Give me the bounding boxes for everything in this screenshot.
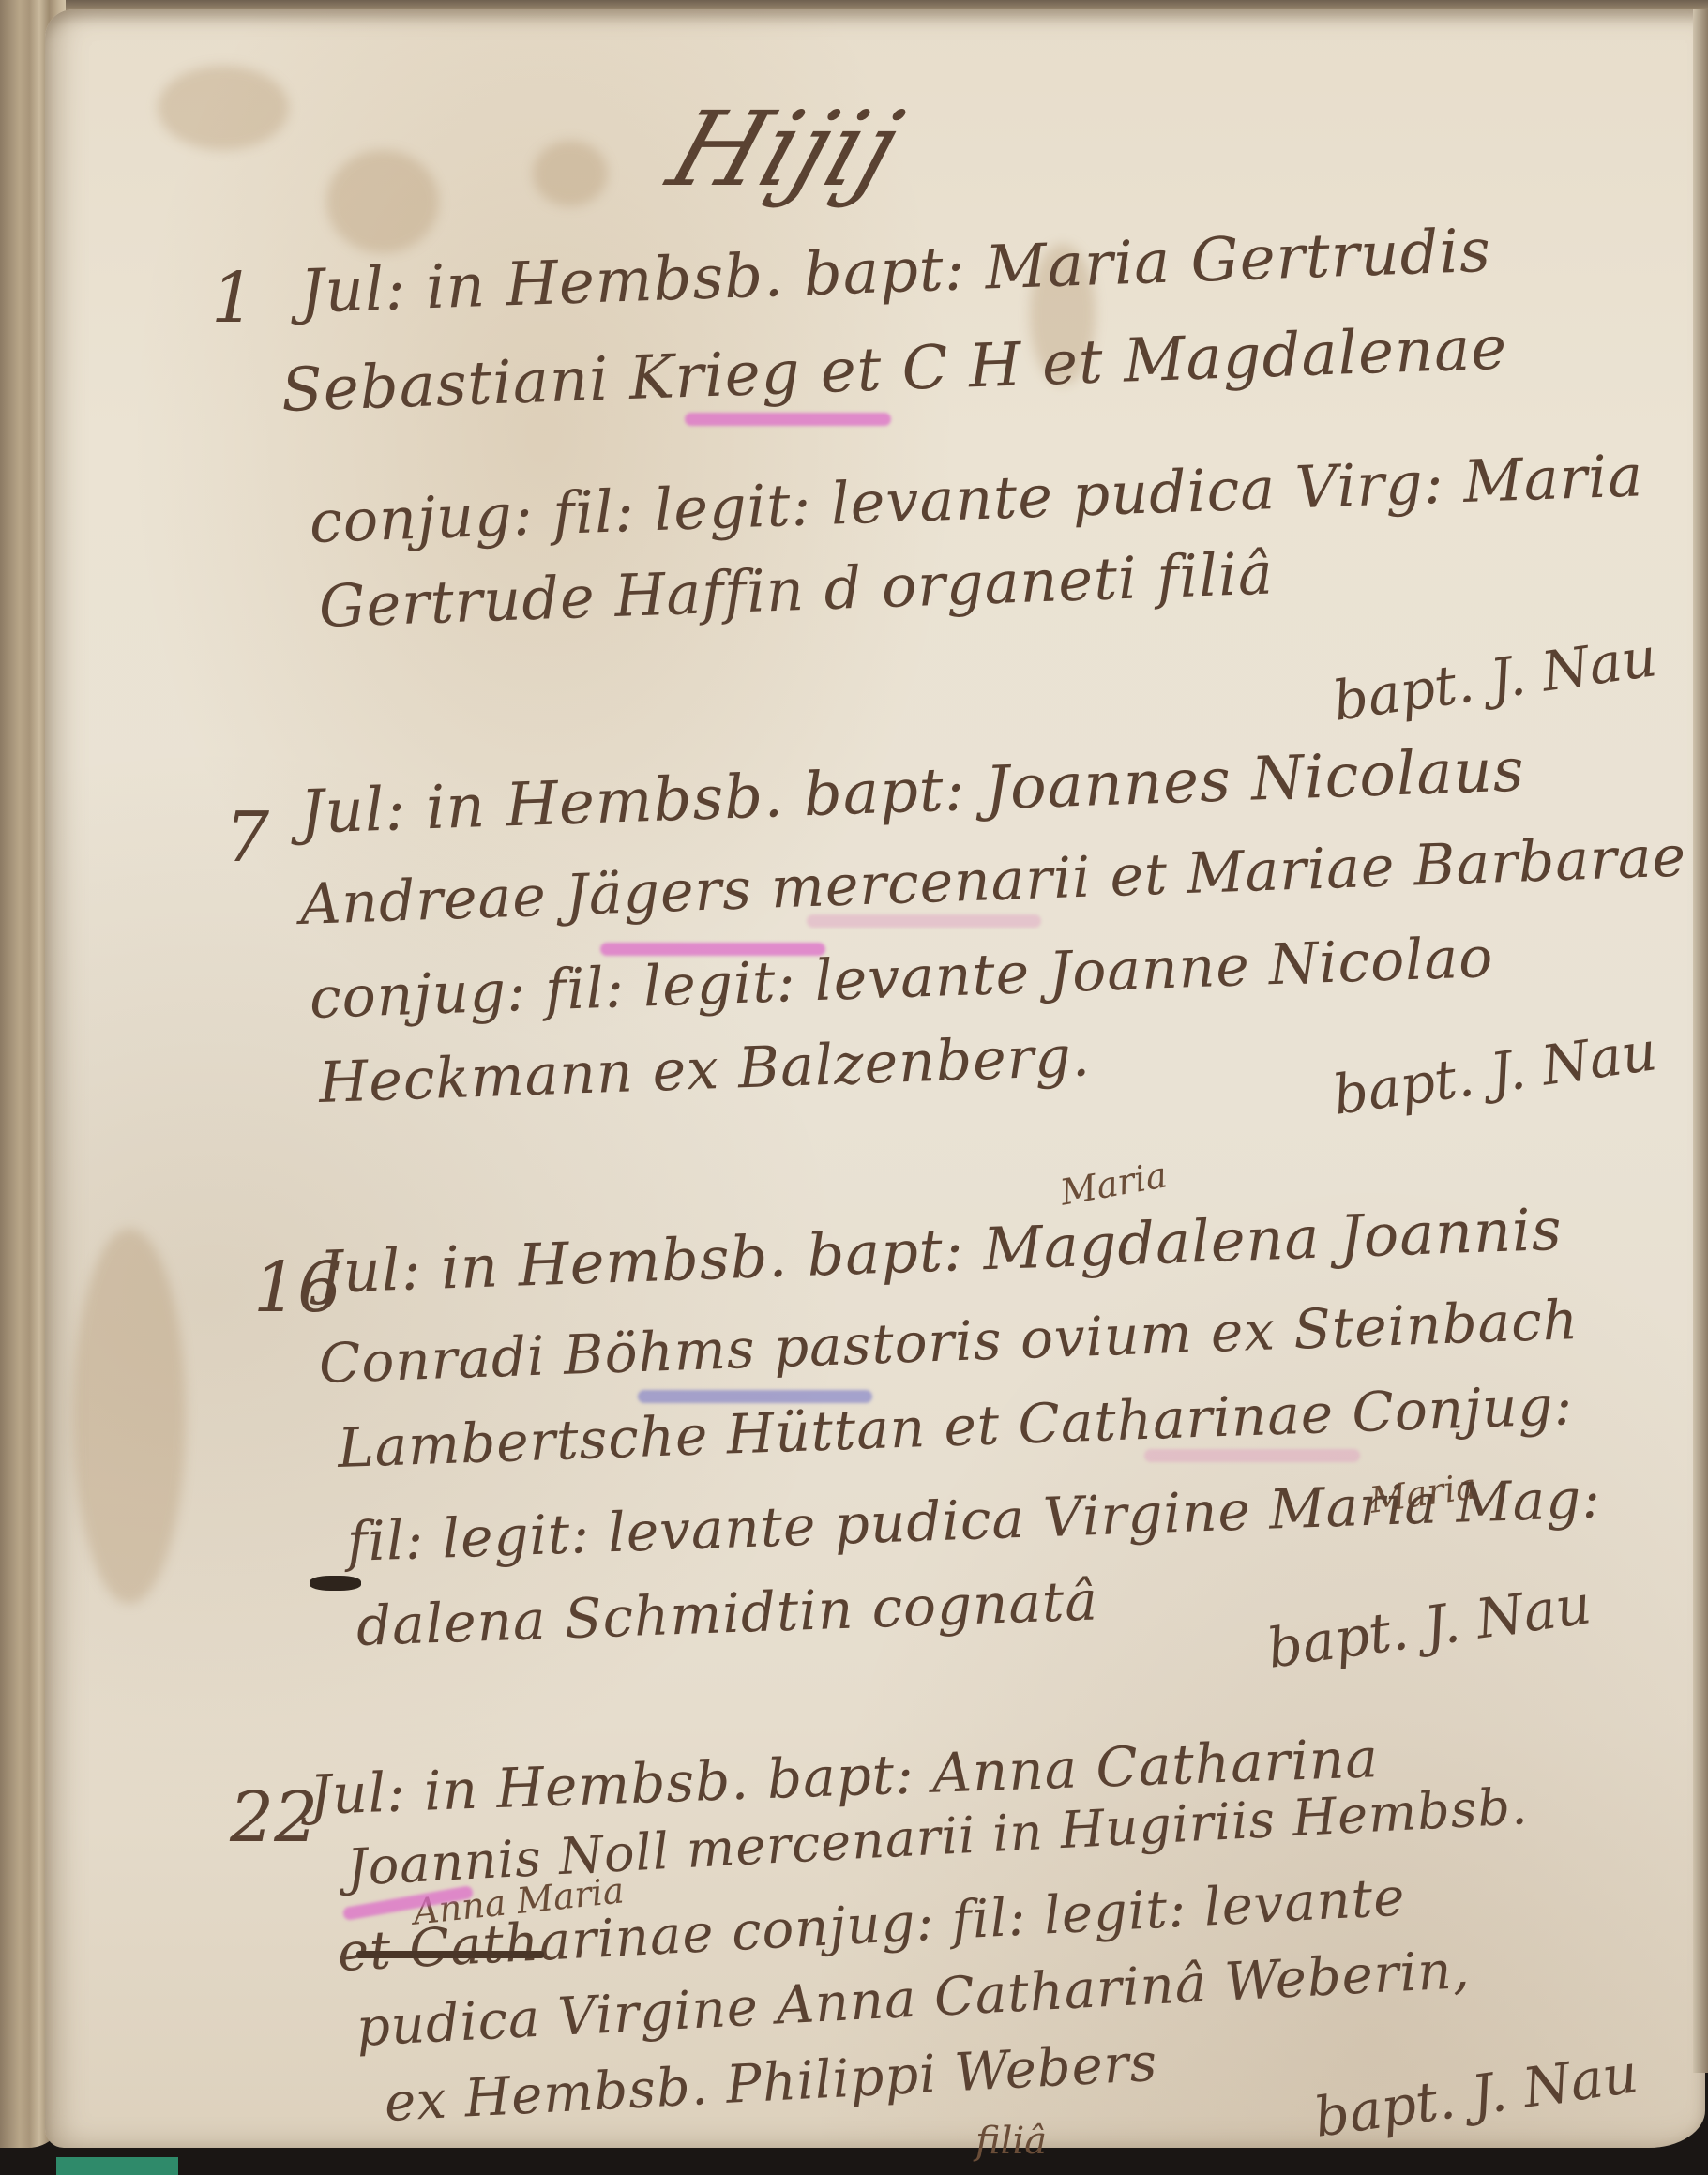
- highlight-surname-krieg: [685, 413, 891, 426]
- paper-stain: [73, 1229, 186, 1604]
- archive-tab-marker: [56, 2157, 178, 2175]
- entry-final-word: filiâ: [975, 2120, 1047, 2163]
- paper-stain: [158, 66, 289, 150]
- entry-day-number: 1: [211, 258, 255, 339]
- book-right-edge: [1693, 9, 1708, 2073]
- highlight-faint: [1144, 1449, 1360, 1462]
- ink-blot: [310, 1576, 361, 1591]
- paper-stain: [326, 150, 439, 253]
- paper-stain: [533, 141, 608, 206]
- strikethrough-catharinae: [356, 1951, 544, 1958]
- page-heading: Hijij: [656, 89, 914, 209]
- entry-day-number: 22: [230, 1777, 318, 1858]
- highlight-faint: [807, 914, 1041, 928]
- entry-day-number: 7: [225, 797, 269, 878]
